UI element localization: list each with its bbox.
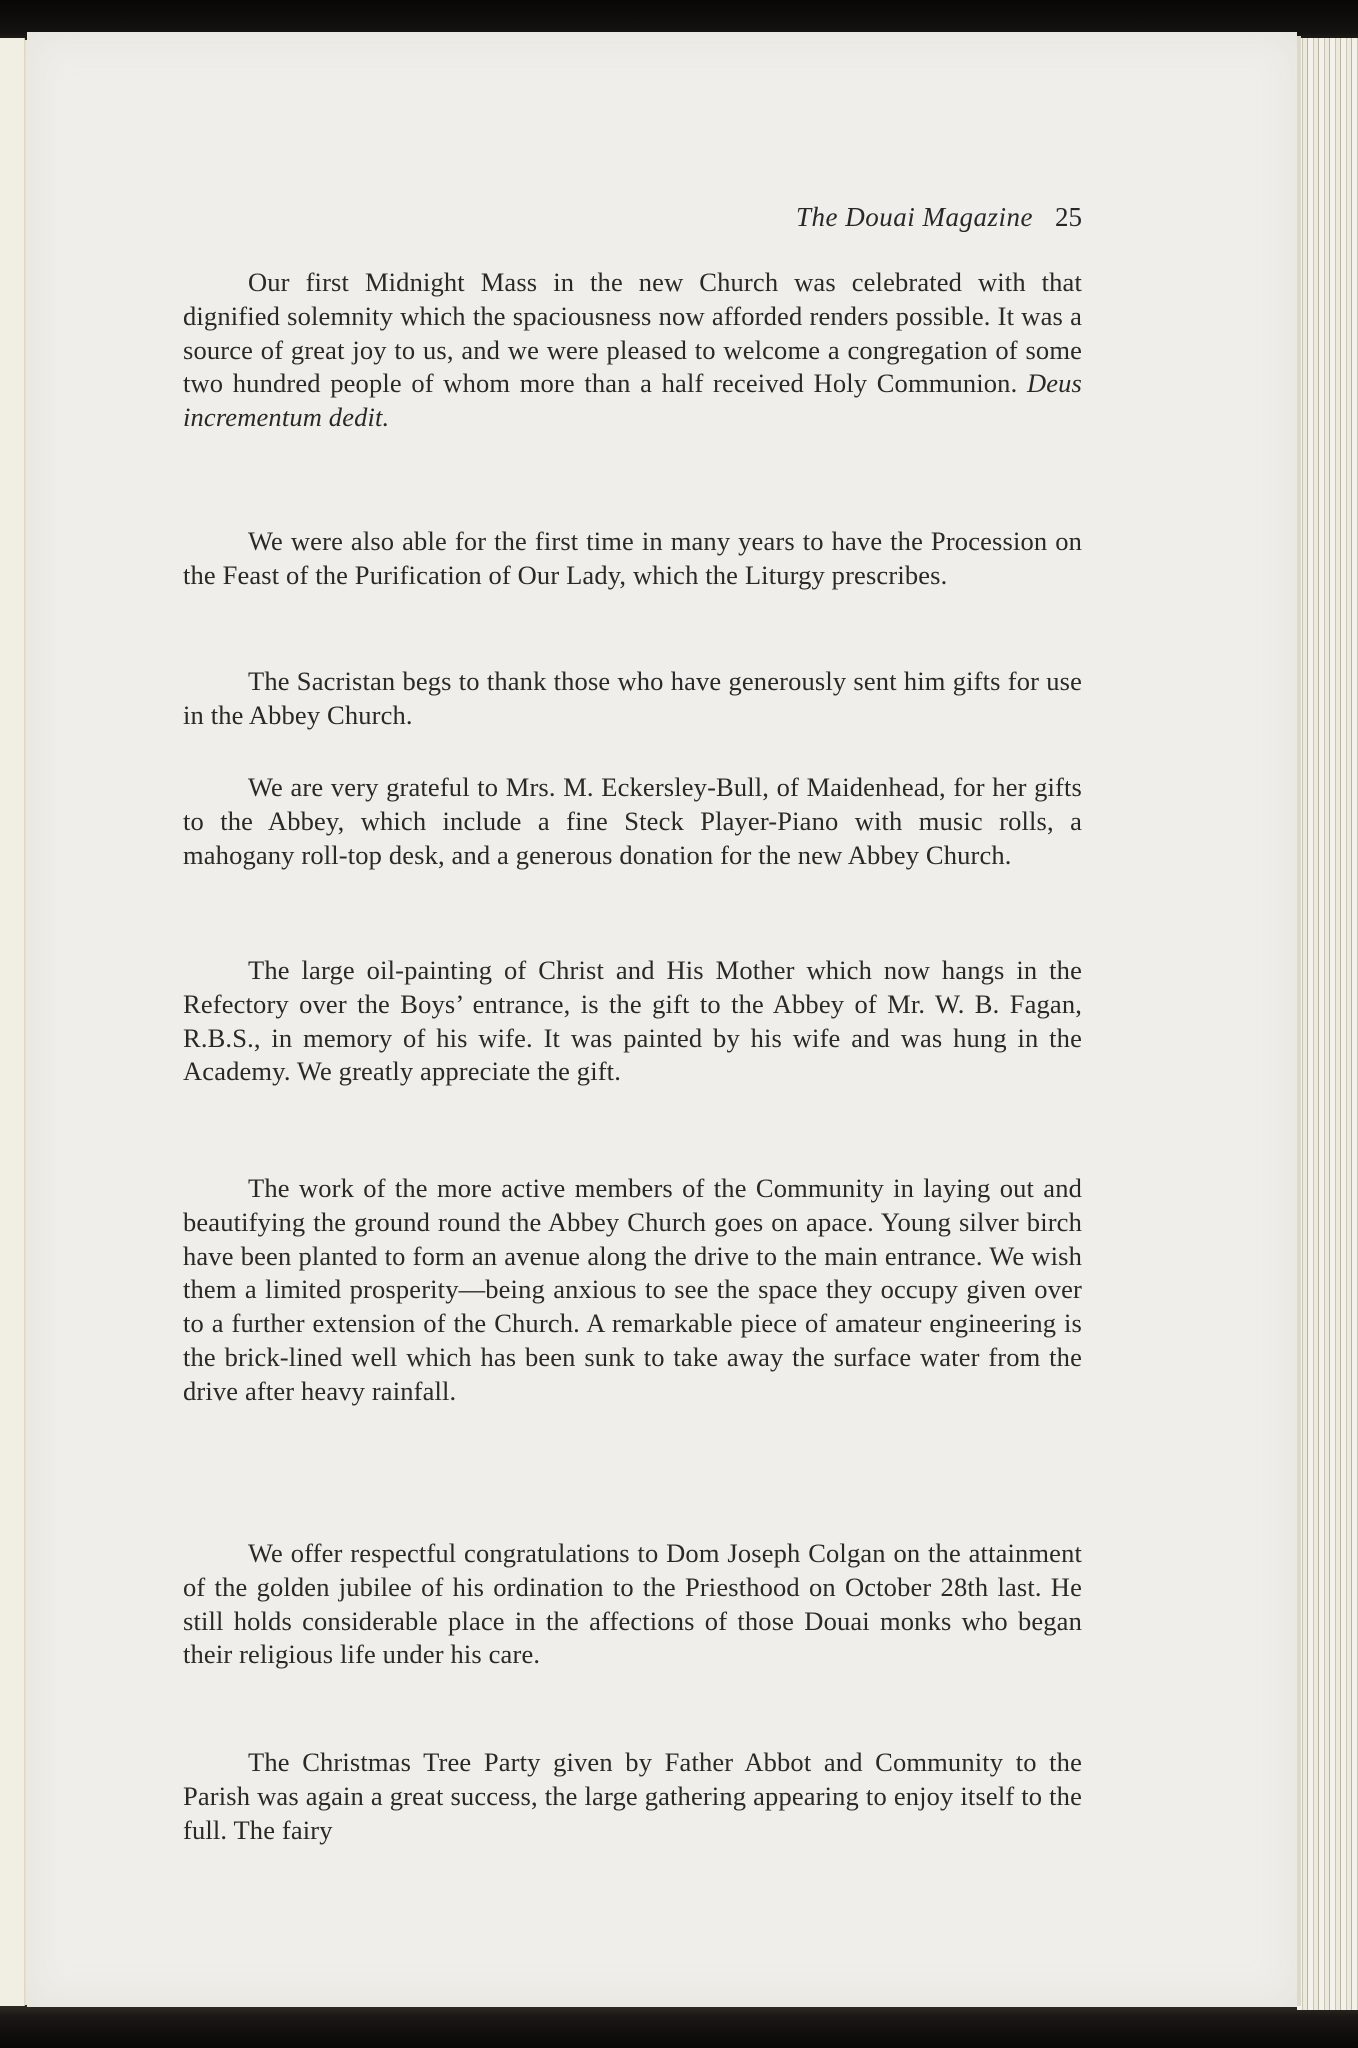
magazine-title: The Douai Magazine <box>796 202 1033 232</box>
dark-background-bottom <box>0 2000 1358 2048</box>
running-head: The Douai Magazine25 <box>183 200 1082 234</box>
page-stack-edge <box>1297 38 1358 2010</box>
paragraph-midnight-mass: Our first Midnight Mass in the new Churc… <box>183 266 1082 435</box>
paragraph-procession: We were also able for the first time in … <box>183 525 1082 593</box>
paragraph-eckersley-bull-gifts: We are very grateful to Mrs. M. Eckersle… <box>183 771 1082 872</box>
paragraph-sacristan: The Sacristan begs to thank those who ha… <box>183 665 1082 733</box>
paragraph-oil-painting: The large oil-painting of Christ and His… <box>183 954 1082 1089</box>
previous-page-edge <box>0 38 25 2006</box>
page-edge-line <box>1297 36 1301 2006</box>
paragraph-jubilee: We offer respectful congratulations to D… <box>183 1537 1082 1672</box>
page-number: 25 <box>1055 202 1082 232</box>
paragraph-community-work: The work of the more active members of t… <box>183 1172 1082 1409</box>
paragraph-text: Our first Midnight Mass in the new Churc… <box>183 267 1082 398</box>
paragraph-christmas-party: The Christmas Tree Party given by Father… <box>183 1746 1082 1847</box>
